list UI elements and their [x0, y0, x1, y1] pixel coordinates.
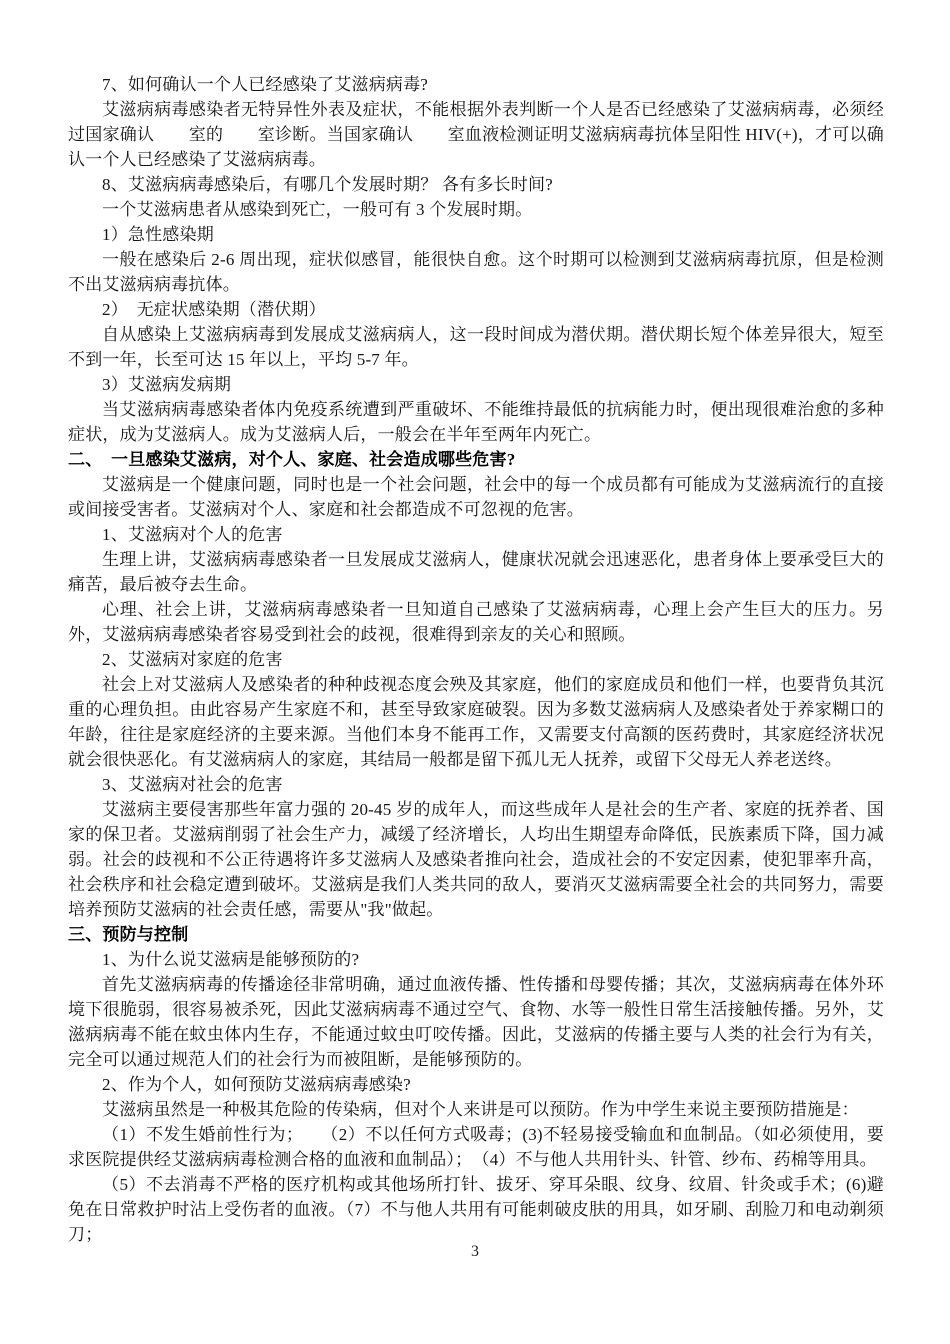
paragraph: 首先艾滋病病毒的传播途径非常明确，通过血液传播、性传播和母婴传播；其次，艾滋病病…: [68, 972, 884, 1072]
paragraph: 8、艾滋病病毒感染后，有哪几个发展时期？ 各有多长时间?: [68, 172, 884, 197]
paragraph: 艾滋病是一个健康问题，同时也是一个社会问题，社会中的每一个成员都有可能成为艾滋病…: [68, 472, 884, 522]
paragraph: 心理、社会上讲，艾滋病病毒感染者一旦知道自己感染了艾滋病病毒，心理上会产生巨大的…: [68, 597, 884, 647]
paragraph: 1、艾滋病对个人的危害: [68, 522, 884, 547]
paragraph: 2） 无症状感染期（潜伏期）: [68, 297, 884, 322]
paragraph: 2、作为个人，如何预防艾滋病病毒感染?: [68, 1072, 884, 1097]
paragraph: 一个艾滋病患者从感染到死亡，一般可有 3 个发展时期。: [68, 197, 884, 222]
section-heading: 二、 一旦感染艾滋病，对个人、家庭、社会造成哪些危害?: [68, 447, 884, 472]
document-body: 7、如何确认一个人已经感染了艾滋病病毒?艾滋病病毒感染者无特异性外表及症状，不能…: [68, 72, 884, 1247]
paragraph: 2、艾滋病对家庭的危害: [68, 647, 884, 672]
paragraph: 1、为什么说艾滋病是能够预防的?: [68, 947, 884, 972]
paragraph: （1）不发生婚前性行为； （2）不以任何方式吸毒；(3)不轻易接受输血和血制品。…: [68, 1122, 884, 1172]
paragraph: 3、艾滋病对社会的危害: [68, 772, 884, 797]
paragraph: 艾滋病病毒感染者无特异性外表及症状，不能根据外表判断一个人是否已经感染了艾滋病病…: [68, 97, 884, 172]
section-heading: 三、预防与控制: [68, 922, 884, 947]
paragraph: 7、如何确认一个人已经感染了艾滋病病毒?: [68, 72, 884, 97]
paragraph: （5）不去消毒不严格的医疗机构或其他场所打针、拔牙、穿耳朵眼、纹身、纹眉、针灸或…: [68, 1172, 884, 1247]
paragraph: 当艾滋病病毒感染者体内免疫系统遭到严重破坏、不能维持最低的抗病能力时，便出现很难…: [68, 397, 884, 447]
paragraph: 艾滋病主要侵害那些年富力强的 20-45 岁的成年人，而这些成年人是社会的生产者…: [68, 797, 884, 922]
paragraph: 艾滋病虽然是一种极其危险的传染病，但对个人来讲是可以预防。作为中学生来说主要预防…: [68, 1097, 884, 1122]
paragraph: 一般在感染后 2-6 周出现，症状似感冒，能很快自愈。这个时期可以检测到艾滋病病…: [68, 247, 884, 297]
paragraph: 3）艾滋病发病期: [68, 372, 884, 397]
paragraph: 1）急性感染期: [68, 222, 884, 247]
paragraph: 自从感染上艾滋病病毒到发展成艾滋病病人，这一段时间成为潜伏期。潜伏期长短个体差异…: [68, 322, 884, 372]
paragraph: 社会上对艾滋病人及感染者的种种歧视态度会殃及其家庭，他们的家庭成员和他们一样，也…: [68, 672, 884, 772]
paragraph: 生理上讲，艾滋病病毒感染者一旦发展成艾滋病人，健康状况就会迅速恶化，患者身体上要…: [68, 547, 884, 597]
page-number: 3: [0, 1242, 950, 1262]
document-page: 7、如何确认一个人已经感染了艾滋病病毒?艾滋病病毒感染者无特异性外表及症状，不能…: [0, 0, 950, 1344]
